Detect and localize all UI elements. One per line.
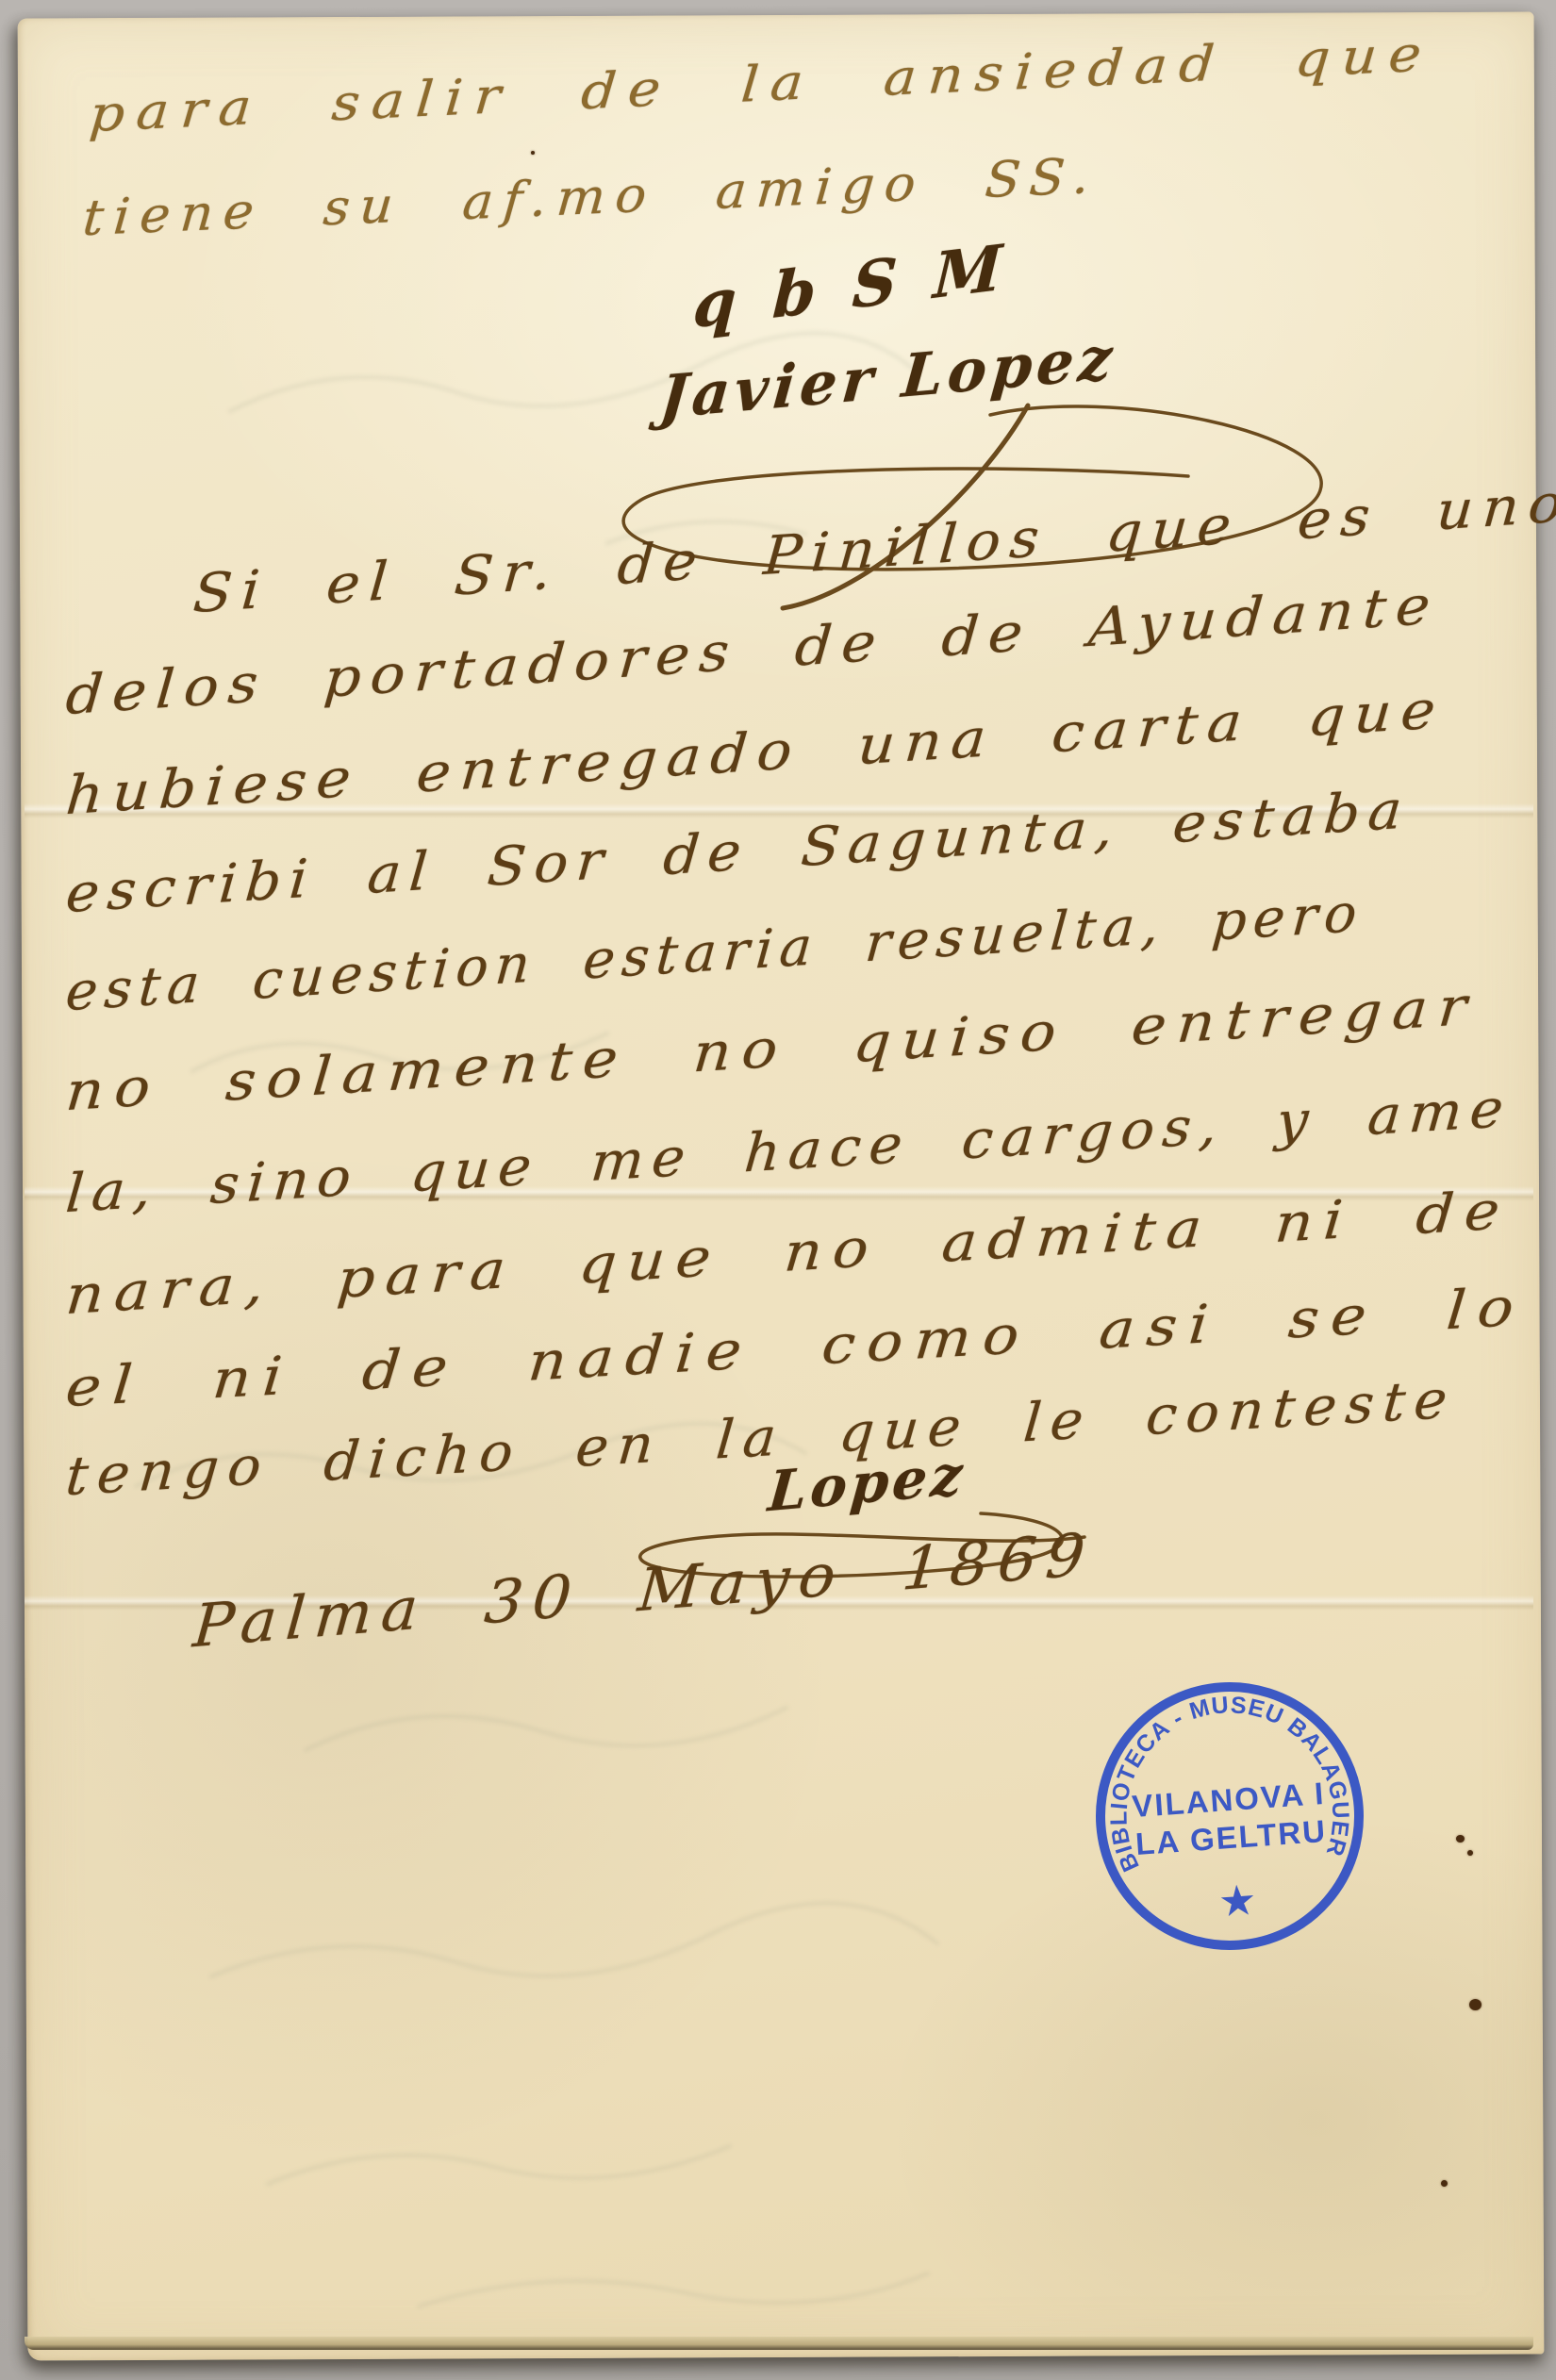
ink-speck [1441,2180,1448,2187]
ink-speck [1467,1850,1473,1856]
scanned-letter-page: para salir de la ansiedad que tiene su a… [0,0,1556,2380]
ink-speck [531,151,535,155]
stamp-star-icon: ★ [1219,1879,1256,1923]
ink-speck [1469,1999,1482,2010]
ink-speck [1456,1835,1465,1843]
library-stamp: BIBLIOTECA - MUSEU BALAGUER VILANOVA I L… [1081,1667,1379,1965]
